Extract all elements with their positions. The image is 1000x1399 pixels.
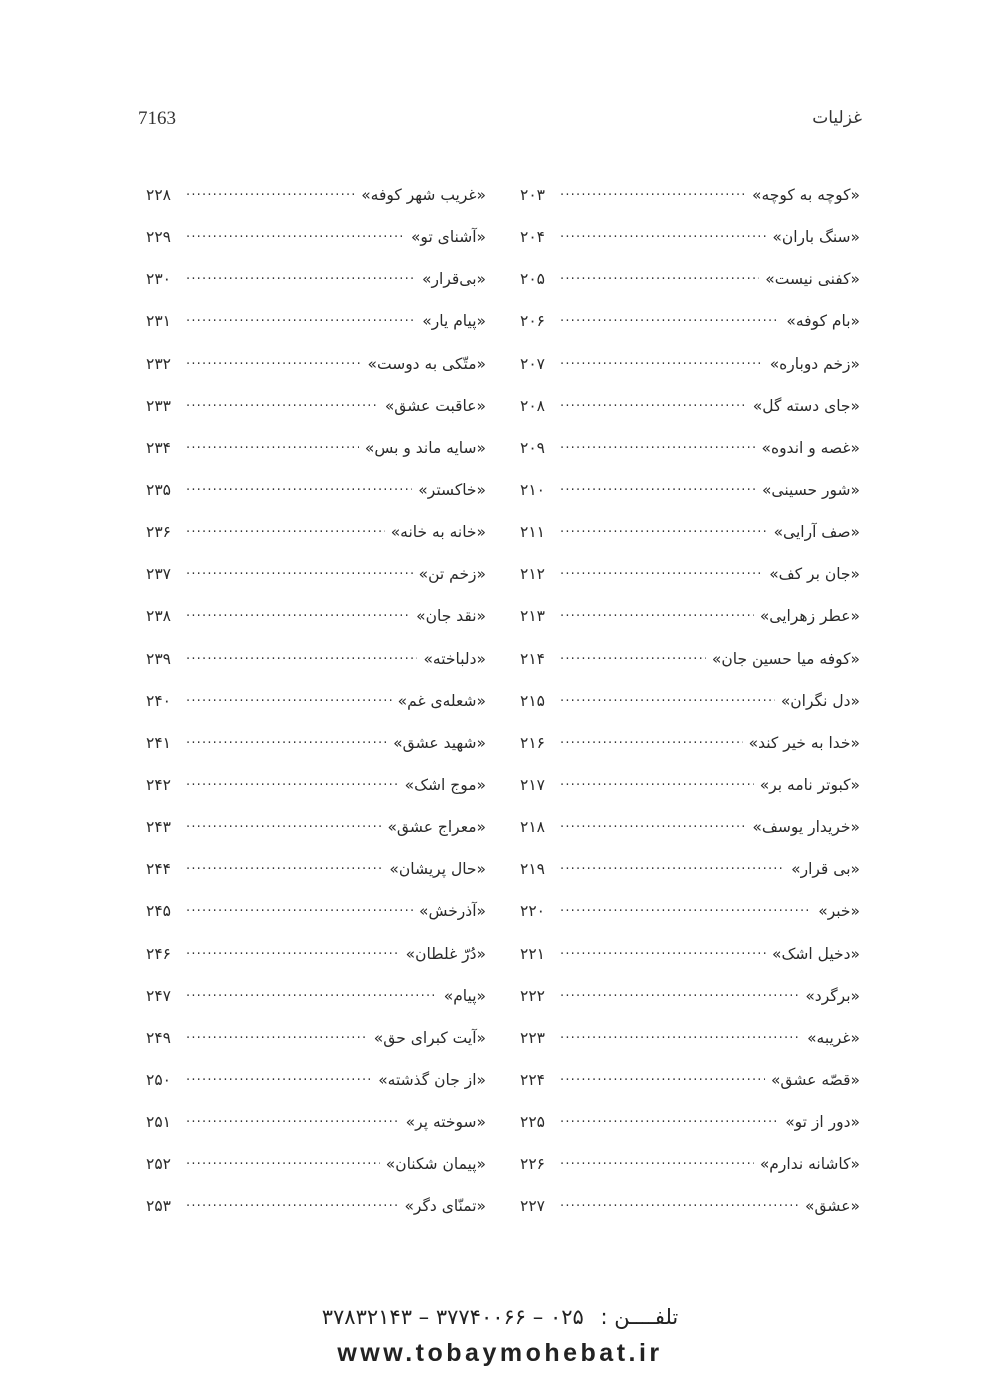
toc-entry-title: «جان بر کف» (763, 565, 860, 583)
toc-entry: «نقد جان»۲۳۸ (146, 595, 486, 637)
toc-entry-page: ۲۳۱ (146, 312, 186, 330)
toc-entry-title: «جای دسته گل» (747, 397, 860, 415)
toc-entry-title: «برگرد» (799, 987, 860, 1005)
toc-entry: «دلباخته»۲۳۹ (146, 638, 486, 680)
toc-entry: «جای دسته گل»۲۰۸ (520, 385, 860, 427)
toc-entry: «بام کوفه»۲۰۶ (520, 300, 860, 342)
dot-leader (560, 1113, 779, 1131)
dot-leader (186, 1113, 400, 1131)
dot-leader (186, 987, 438, 1005)
dot-leader (186, 692, 392, 710)
toc-entry: «معراج عشق»۲۴۳ (146, 806, 486, 848)
toc-entry-title: «دور از تو» (779, 1113, 860, 1131)
toc-entry-page: ۲۱۱ (520, 523, 560, 541)
dot-leader (186, 397, 379, 415)
toc-entry-page: ۲۳۷ (146, 565, 186, 583)
toc-entry: «خانه به خانه»۲۳۶ (146, 511, 486, 553)
toc-entry-title: «عطر زهرایی» (754, 607, 860, 625)
toc-entry-page: ۲۰۹ (520, 439, 560, 457)
toc-entry-title: «از جان گذشته» (372, 1071, 486, 1089)
toc-entry: «زخم تن»۲۳۷ (146, 553, 486, 595)
phone-label: تلفــــن : (600, 1305, 678, 1329)
dot-leader (186, 312, 416, 330)
toc-entry-title: «شعله‌ی غم» (392, 692, 486, 710)
toc-entry-page: ۲۱۸ (520, 818, 560, 836)
toc-entry: «غریب شهر کوفه»۲۲۸ (146, 174, 486, 216)
toc-entry-page: ۲۲۷ (520, 1197, 560, 1215)
dot-leader (560, 565, 763, 583)
toc-entry-title: «بام کوفه» (780, 312, 860, 330)
toc-entry-title: «خدا به خیر کند» (743, 734, 860, 752)
toc-entry-title: «عاقبت عشق» (379, 397, 486, 415)
toc-entry-title: «پیام» (438, 987, 486, 1005)
dot-leader (560, 692, 775, 710)
toc-entry-title: «آیت کبرای حق» (368, 1029, 486, 1047)
toc-entry: «غریبه»۲۲۳ (520, 1017, 860, 1059)
toc-entry-page: ۲۳۵ (146, 481, 186, 499)
toc-entry-title: «شور حسینی» (756, 481, 860, 499)
toc-entry: «عشق»۲۲۷ (520, 1185, 860, 1227)
toc-entry-page: ۲۲۰ (520, 902, 560, 920)
toc-entry-title: «پیمان شکنان» (380, 1155, 486, 1173)
toc-entry: «صف آرایی»۲۱۱ (520, 511, 860, 553)
dot-leader (186, 860, 383, 878)
toc-entry: «تمنّای دگر»۲۵۳ (146, 1185, 486, 1227)
toc-entry-page: ۲۵۰ (146, 1071, 186, 1089)
toc-entry-page: ۲۰۵ (520, 270, 560, 288)
toc-column-right: «کوچه به کوچه»۲۰۳«سنگ باران»۲۰۴«کفنی نیس… (520, 174, 860, 1234)
dot-leader (186, 186, 355, 204)
dot-leader (560, 481, 756, 499)
dot-leader (560, 1029, 801, 1047)
toc-entry: «غصه و اندوه»۲۰۹ (520, 427, 860, 469)
toc-entry-title: «خریدار یوسف» (746, 818, 860, 836)
dot-leader (560, 228, 766, 246)
toc-entry-title: «زخم تن» (413, 565, 486, 583)
dot-leader (560, 1197, 799, 1215)
dot-leader (186, 607, 410, 625)
toc-entry-title: «حال پریشان» (383, 860, 486, 878)
toc-entry: «حال پریشان»۲۴۴ (146, 848, 486, 890)
toc-entry-page: ۲۲۶ (520, 1155, 560, 1173)
toc-entry-page: ۲۱۵ (520, 692, 560, 710)
toc-entry-page: ۲۲۳ (520, 1029, 560, 1047)
toc-entry-page: ۲۳۶ (146, 523, 186, 541)
toc-entry-title: «خاکستر» (412, 481, 486, 499)
toc-entry-page: ۲۰۴ (520, 228, 560, 246)
dot-leader (560, 439, 755, 457)
toc-entry-page: ۲۴۶ (146, 945, 186, 963)
dot-leader (186, 228, 405, 246)
toc-entry: «آذرخش»۲۴۵ (146, 890, 486, 932)
dot-leader (186, 481, 412, 499)
toc-entry-title: «سوخته پر» (400, 1113, 486, 1131)
toc-entry-title: «خانه به خانه» (385, 523, 486, 541)
dot-leader (186, 1029, 368, 1047)
toc-entry-page: ۲۲۸ (146, 186, 186, 204)
toc-column-left: «غریب شهر کوفه»۲۲۸«آشنای تو»۲۲۹«بی‌قرار»… (146, 174, 486, 1234)
toc-entry-title: «معراج عشق» (381, 818, 486, 836)
toc-entry-title: «زخم دوباره» (764, 355, 860, 373)
toc-entry-title: «کوچه به کوچه» (746, 186, 860, 204)
toc-entry: «آیت کبرای حق»۲۴۹ (146, 1017, 486, 1059)
toc-entry-page: ۲۵۱ (146, 1113, 186, 1131)
toc-entry-page: ۲۲۵ (520, 1113, 560, 1131)
dot-leader (186, 902, 413, 920)
toc-entry-title: «سایه ماند و بس» (359, 439, 486, 457)
dot-leader (186, 818, 381, 836)
toc-entry-title: «کوفه میا حسین جان» (706, 650, 860, 668)
website-url: www.tobaymohebat.ir (0, 1339, 1000, 1368)
page-header: 7163 غزلیات (138, 108, 862, 138)
toc-entry: «آشنای تو»۲۲۹ (146, 216, 486, 258)
toc-entry-page: ۲۱۰ (520, 481, 560, 499)
toc-entry-page: ۲۳۸ (146, 607, 186, 625)
toc-entry-page: ۲۲۱ (520, 945, 560, 963)
dot-leader (560, 312, 780, 330)
toc-entry: «شور حسینی»۲۱۰ (520, 469, 860, 511)
toc-entry: «پیمان شکنان»۲۵۲ (146, 1143, 486, 1185)
toc-entry: «دُرّ غلطان»۲۴۶ (146, 933, 486, 975)
toc-entry: «کفنی نیست»۲۰۵ (520, 258, 860, 300)
dot-leader (186, 270, 416, 288)
toc-entry: «دور از تو»۲۲۵ (520, 1101, 860, 1143)
toc-entry-title: «کاشانه ندارم» (754, 1155, 860, 1173)
toc-entry-page: ۲۳۹ (146, 650, 186, 668)
toc-entry: «پیام»۲۴۷ (146, 975, 486, 1017)
toc-entry: «خریدار یوسف»۲۱۸ (520, 806, 860, 848)
running-title: غزلیات (812, 108, 862, 128)
dot-leader (560, 945, 766, 963)
toc-entry: «زخم دوباره»۲۰۷ (520, 343, 860, 385)
toc-entry-page: ۲۳۲ (146, 355, 186, 373)
toc-entry-title: «دل نگران» (775, 692, 860, 710)
toc-entry-page: ۲۱۳ (520, 607, 560, 625)
toc-entry: «عاقبت عشق»۲۳۳ (146, 385, 486, 427)
toc-entry-title: «بی قرار» (785, 860, 860, 878)
dot-leader (560, 523, 768, 541)
toc-entry-title: «آذرخش» (413, 902, 486, 920)
toc-entry-page: ۲۱۴ (520, 650, 560, 668)
dot-leader (560, 186, 746, 204)
toc-entry: «پیام یار»۲۳۱ (146, 300, 486, 342)
dot-leader (186, 565, 413, 583)
toc-entry-page: ۲۴۴ (146, 860, 186, 878)
dot-leader (186, 439, 359, 457)
toc-entry-title: «کبوتر نامه بر» (754, 776, 860, 794)
footer: تلفــــن : ۰۲۵ – ۳۷۷۴۰۰۶۶ – ۳۷۸۳۲۱۴۳ www… (0, 1305, 1000, 1368)
toc-entry-page: ۲۲۴ (520, 1071, 560, 1089)
toc-entry-page: ۲۳۴ (146, 439, 186, 457)
toc-entry: «متّکی به دوست»۲۳۲ (146, 343, 486, 385)
toc-entry: «برگرد»۲۲۲ (520, 975, 860, 1017)
toc-entry: «خدا به خیر کند»۲۱۶ (520, 722, 860, 764)
toc-entry-title: «آشنای تو» (405, 228, 486, 246)
dot-leader (186, 734, 387, 752)
toc-entry: «شهید عشق»۲۴۱ (146, 722, 486, 764)
toc-entry-page: ۲۵۲ (146, 1155, 186, 1173)
dot-leader (186, 355, 362, 373)
dot-leader (560, 902, 812, 920)
toc-entry-title: «خبر» (812, 902, 860, 920)
dot-leader (186, 1071, 372, 1089)
toc-entry-page: ۲۵۳ (146, 1197, 186, 1215)
toc-entry-page: ۲۰۶ (520, 312, 560, 330)
toc-entry: «بی قرار»۲۱۹ (520, 848, 860, 890)
dot-leader (560, 650, 706, 668)
toc-entry-page: ۲۱۶ (520, 734, 560, 752)
toc-entry-page: ۲۰۳ (520, 186, 560, 204)
toc-entry: «بی‌قرار»۲۳۰ (146, 258, 486, 300)
dot-leader (560, 818, 746, 836)
toc-entry: «سوخته پر»۲۵۱ (146, 1101, 486, 1143)
toc-entry-title: «غریبه» (801, 1029, 860, 1047)
toc-entry-title: «سنگ باران» (766, 228, 860, 246)
toc-entry-title: «دلباخته» (417, 650, 486, 668)
dot-leader (560, 987, 799, 1005)
dot-leader (560, 397, 747, 415)
footer-phone: تلفــــن : ۰۲۵ – ۳۷۷۴۰۰۶۶ – ۳۷۸۳۲۱۴۳ (0, 1305, 1000, 1337)
dot-leader (560, 355, 764, 373)
toc-entry-title: «شهید عشق» (387, 734, 486, 752)
toc-entry-page: ۲۴۰ (146, 692, 186, 710)
dot-leader (560, 1071, 765, 1089)
toc-entry-title: «تمنّای دگر» (398, 1197, 486, 1215)
toc-entry-page: ۲۲۹ (146, 228, 186, 246)
toc-entry-page: ۲۱۹ (520, 860, 560, 878)
dot-leader (186, 1197, 398, 1215)
dot-leader (560, 776, 754, 794)
toc-entry: «دل نگران»۲۱۵ (520, 680, 860, 722)
toc-entry-page: ۲۰۸ (520, 397, 560, 415)
toc-entry: «کوفه میا حسین جان»۲۱۴ (520, 638, 860, 680)
toc-entry: «قصّه عشق»۲۲۴ (520, 1059, 860, 1101)
toc-entry: «جان بر کف»۲۱۲ (520, 553, 860, 595)
dot-leader (186, 776, 399, 794)
toc-entry-title: «غریب شهر کوفه» (355, 186, 486, 204)
dot-leader (560, 860, 785, 878)
toc-entry: «کوچه به کوچه»۲۰۳ (520, 174, 860, 216)
dot-leader (186, 650, 417, 668)
toc-entry-page: ۲۳۰ (146, 270, 186, 288)
toc-entry: «سایه ماند و بس»۲۳۴ (146, 427, 486, 469)
toc-entry: «خبر»۲۲۰ (520, 890, 860, 932)
toc-entry: «کبوتر نامه بر»۲۱۷ (520, 764, 860, 806)
toc-entry-page: ۲۴۱ (146, 734, 186, 752)
toc-entry-title: «عشق» (799, 1197, 860, 1215)
toc-entry: «خاکستر»۲۳۵ (146, 469, 486, 511)
dot-leader (560, 607, 754, 625)
toc-entry-page: ۲۴۲ (146, 776, 186, 794)
toc-entry-title: «دخیل اشک» (766, 945, 860, 963)
dot-leader (560, 270, 759, 288)
dot-leader (560, 1155, 754, 1173)
toc-entry-title: «کفنی نیست» (759, 270, 860, 288)
toc-entry-title: «پیام یار» (416, 312, 486, 330)
table-of-contents: «کوچه به کوچه»۲۰۳«سنگ باران»۲۰۴«کفنی نیس… (146, 174, 860, 1234)
toc-entry: «شعله‌ی غم»۲۴۰ (146, 680, 486, 722)
dot-leader (560, 734, 743, 752)
toc-entry-page: ۲۴۵ (146, 902, 186, 920)
toc-entry-page: ۲۴۷ (146, 987, 186, 1005)
toc-entry-title: «بی‌قرار» (416, 270, 486, 288)
toc-entry-title: «موج اشک» (399, 776, 486, 794)
toc-entry: «عطر زهرایی»۲۱۳ (520, 595, 860, 637)
toc-entry-title: «نقد جان» (410, 607, 486, 625)
toc-entry-page: ۲۱۷ (520, 776, 560, 794)
toc-entry: «سنگ باران»۲۰۴ (520, 216, 860, 258)
toc-entry-title: «صف آرایی» (768, 523, 860, 541)
toc-entry-title: «قصّه عشق» (765, 1071, 860, 1089)
toc-entry-page: ۲۲۲ (520, 987, 560, 1005)
page-number: 7163 (138, 108, 176, 130)
toc-entry-page: ۲۴۳ (146, 818, 186, 836)
toc-entry-page: ۲۱۲ (520, 565, 560, 583)
toc-entry: «موج اشک»۲۴۲ (146, 764, 486, 806)
toc-entry: «کاشانه ندارم»۲۲۶ (520, 1143, 860, 1185)
toc-entry-title: «غصه و اندوه» (755, 439, 860, 457)
toc-entry-title: «دُرّ غلطان» (400, 945, 486, 963)
toc-entry-page: ۲۰۷ (520, 355, 560, 373)
dot-leader (186, 1155, 380, 1173)
toc-entry: «از جان گذشته»۲۵۰ (146, 1059, 486, 1101)
toc-entry-page: ۲۴۹ (146, 1029, 186, 1047)
phone-numbers: ۰۲۵ – ۳۷۷۴۰۰۶۶ – ۳۷۸۳۲۱۴۳ (322, 1305, 584, 1329)
toc-entry: «دخیل اشک»۲۲۱ (520, 933, 860, 975)
toc-entry-title: «متّکی به دوست» (362, 355, 487, 373)
dot-leader (186, 945, 400, 963)
toc-entry-page: ۲۳۳ (146, 397, 186, 415)
dot-leader (186, 523, 385, 541)
